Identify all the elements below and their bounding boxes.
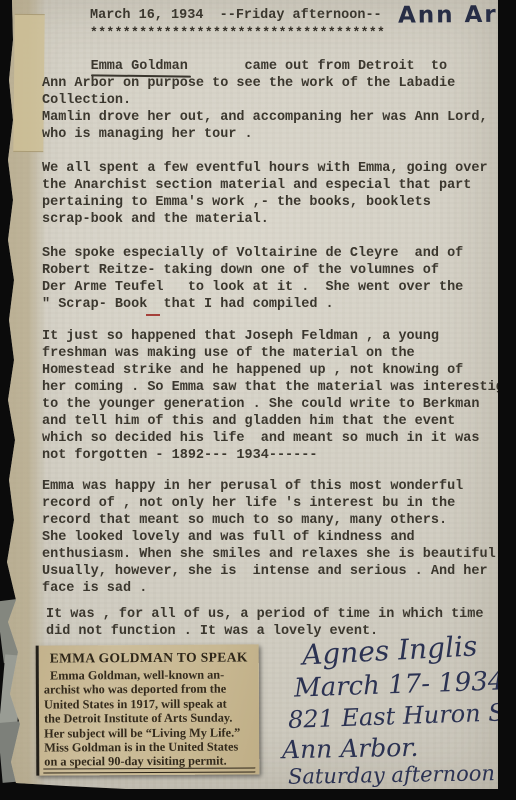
handwritten-ann-arbor: Ann Arbor (398, 1, 516, 28)
paragraph-visit: Emma Goldman came out from Detroit to An… (42, 58, 488, 143)
handwritten-date: March 17- 1934 (294, 666, 505, 703)
clipping-body: Emma Goldman, well-known an- archist who… (39, 667, 260, 769)
tape-strip (13, 14, 44, 152)
asterisk-divider: ************************************ (90, 24, 385, 41)
red-correction-mark (146, 314, 160, 316)
newspaper-clipping: EMMA GOLDMAN TO SPEAK Emma Goldman, well… (36, 644, 260, 775)
handwritten-city: Ann Arbor. (282, 733, 419, 764)
paragraph-hours: We all spent a few eventful hours with E… (42, 160, 488, 228)
clipping-headline: EMMA GOLDMAN TO SPEAK (39, 649, 259, 666)
paragraph-voltairine: She spoke especially of Voltairine de Cl… (42, 245, 463, 313)
paragraph-feldman: It just so happened that Joseph Feldman … (42, 328, 504, 464)
document-page: March 16, 1934 --Friday afternoon-- ****… (6, 0, 498, 789)
scanner-background: March 16, 1934 --Friday afternoon-- ****… (0, 0, 516, 800)
paragraph-perusal: Emma was happy in her perusal of this mo… (42, 478, 504, 597)
date-header: March 16, 1934 --Friday afternoon-- (90, 7, 382, 24)
clipping-bottom-rule (43, 767, 255, 773)
handwritten-day: Saturday afternoon (288, 761, 495, 789)
handwritten-address: 821 East Huron St (288, 698, 515, 734)
